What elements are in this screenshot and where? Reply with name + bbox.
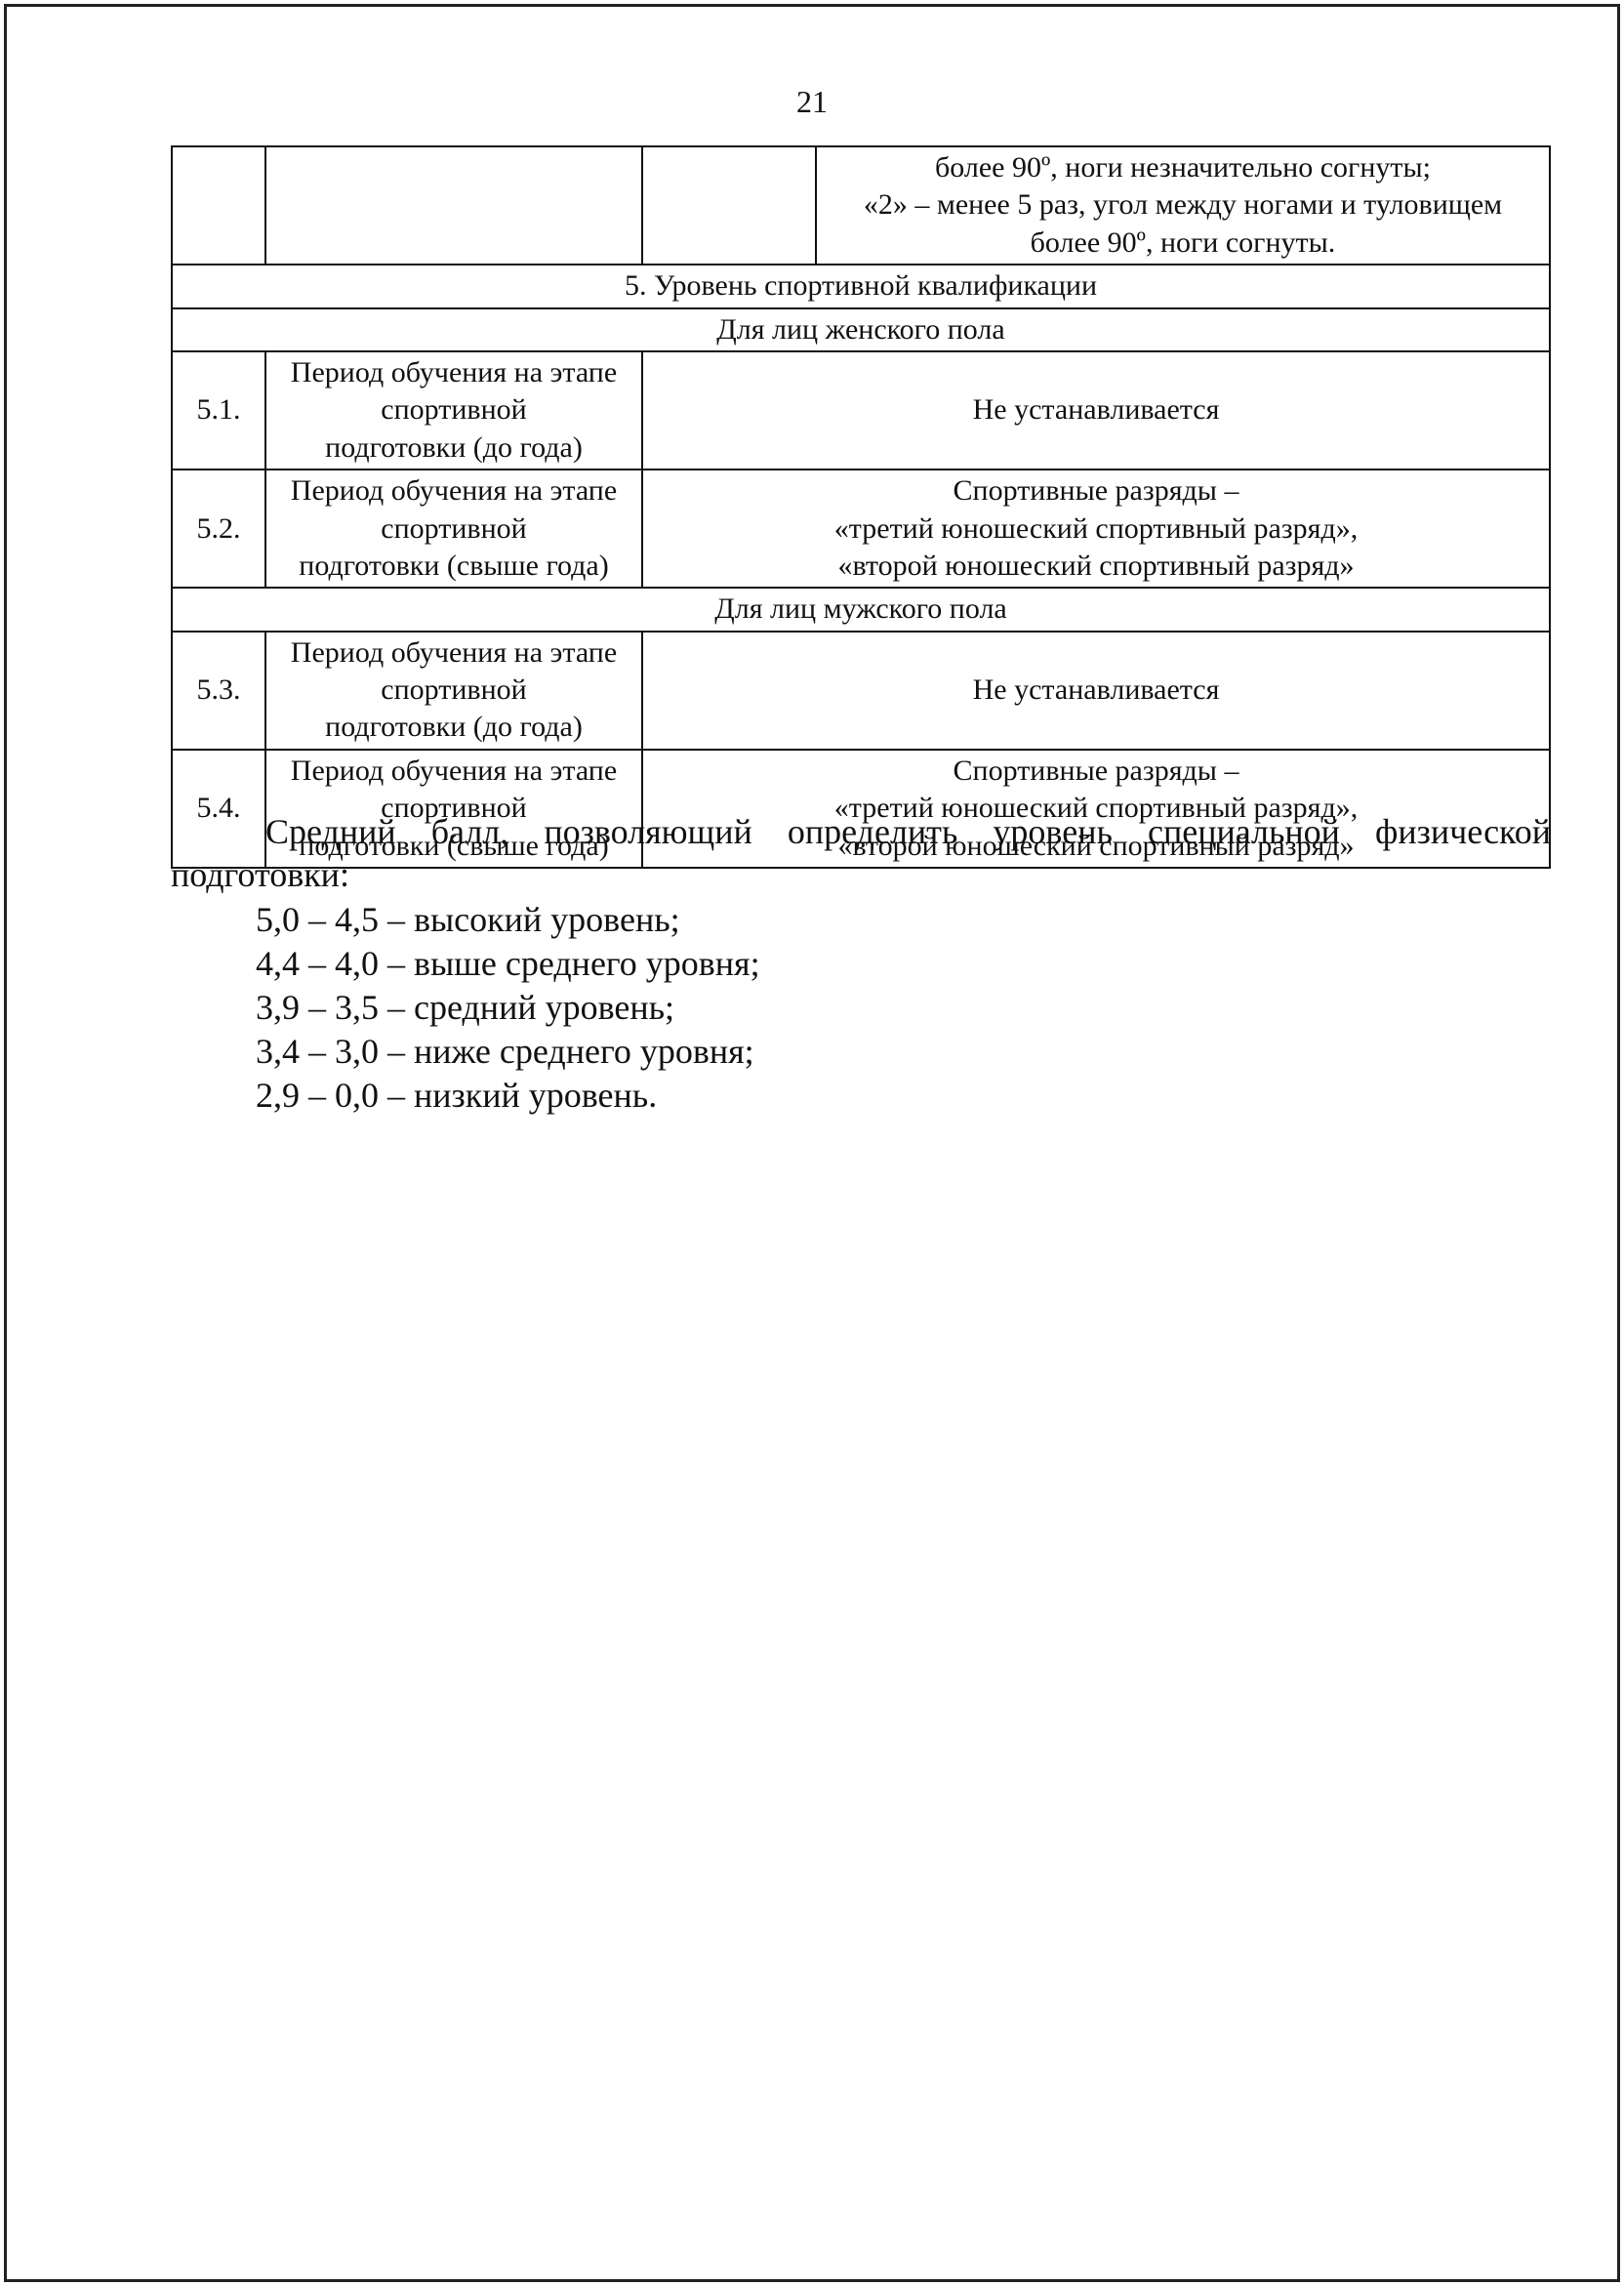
group-title-male: Для лиц мужского пола (172, 588, 1550, 631)
row-value: Не устанавливается (642, 632, 1550, 750)
row-name: Период обучения на этапе спортивной подг… (265, 351, 642, 469)
intro-paragraph-line1: Средний балл, позволяющий определить уро… (171, 810, 1551, 853)
list-item: 5,0 – 4,5 – высокий уровень; (256, 898, 760, 942)
text-line: более 90º, ноги согнуты. (825, 225, 1541, 262)
text-line: подготовки (свыше года) (274, 548, 633, 585)
text-line: Не устанавливается (651, 672, 1541, 709)
intro-paragraph-line2: подготовки: (171, 853, 1551, 896)
list-item: 2,9 – 0,0 – низкий уровень. (256, 1074, 760, 1118)
row-value: Спортивные разряды – «третий юношеский с… (642, 469, 1550, 588)
text-line: Спортивные разряды – (651, 753, 1541, 790)
group-header-row: Для лиц мужского пола (172, 588, 1550, 631)
table-row: 5.1. Период обучения на этапе спортивной… (172, 351, 1550, 469)
text-line: «второй юношеский спортивный разряд» (651, 548, 1541, 585)
text-line: подготовки (до года) (274, 429, 633, 467)
cell-number-empty (172, 146, 265, 265)
list-item: 3,4 – 3,0 – ниже среднего уровня; (256, 1030, 760, 1074)
list-item: 4,4 – 4,0 – выше среднего уровня; (256, 942, 760, 986)
row-name: Период обучения на этапе спортивной подг… (265, 469, 642, 588)
table-row: 5.3. Период обучения на этапе спортивной… (172, 632, 1550, 750)
level-list: 5,0 – 4,5 – высокий уровень; 4,4 – 4,0 –… (256, 898, 760, 1118)
text-line: «2» – менее 5 раз, угол между ногами и т… (825, 186, 1541, 224)
text-line: Период обучения на этапе спортивной (274, 634, 633, 710)
row-name: Период обучения на этапе спортивной подг… (265, 632, 642, 750)
text-line: Период обучения на этапе спортивной (274, 472, 633, 548)
text-line: «третий юношеский спортивный разряд», (651, 510, 1541, 548)
page-number: 21 (0, 84, 1624, 120)
text-line: Не устанавливается (651, 391, 1541, 429)
cell-name-empty (265, 146, 642, 265)
group-header-row: Для лиц женского пола (172, 308, 1550, 351)
table-row: 5.2. Период обучения на этапе спортивной… (172, 469, 1550, 588)
text-line: Период обучения на этапе спортивной (274, 354, 633, 429)
text-line: более 90º, ноги незначительно согнуты; (825, 149, 1541, 186)
section-header-row: 5. Уровень спортивной квалификации (172, 265, 1550, 307)
intro-text: Средний балл, позволяющий определить уро… (265, 812, 1551, 851)
list-item: 3,9 – 3,5 – средний уровень; (256, 986, 760, 1030)
group-title-female: Для лиц женского пола (172, 308, 1550, 351)
row-value: Не устанавливается (642, 351, 1550, 469)
text-line: Спортивные разряды – (651, 472, 1541, 510)
table-row-continuation: более 90º, ноги незначительно согнуты; «… (172, 146, 1550, 265)
row-number: 5.2. (172, 469, 265, 588)
cell-continuation-text: более 90º, ноги незначительно согнуты; «… (816, 146, 1550, 265)
qualification-table: более 90º, ноги незначительно согнуты; «… (171, 145, 1551, 869)
section-title: 5. Уровень спортивной квалификации (172, 265, 1550, 307)
cell-extra-empty (642, 146, 816, 265)
row-number: 5.3. (172, 632, 265, 750)
text-line: подготовки (до года) (274, 709, 633, 746)
row-number: 5.1. (172, 351, 265, 469)
